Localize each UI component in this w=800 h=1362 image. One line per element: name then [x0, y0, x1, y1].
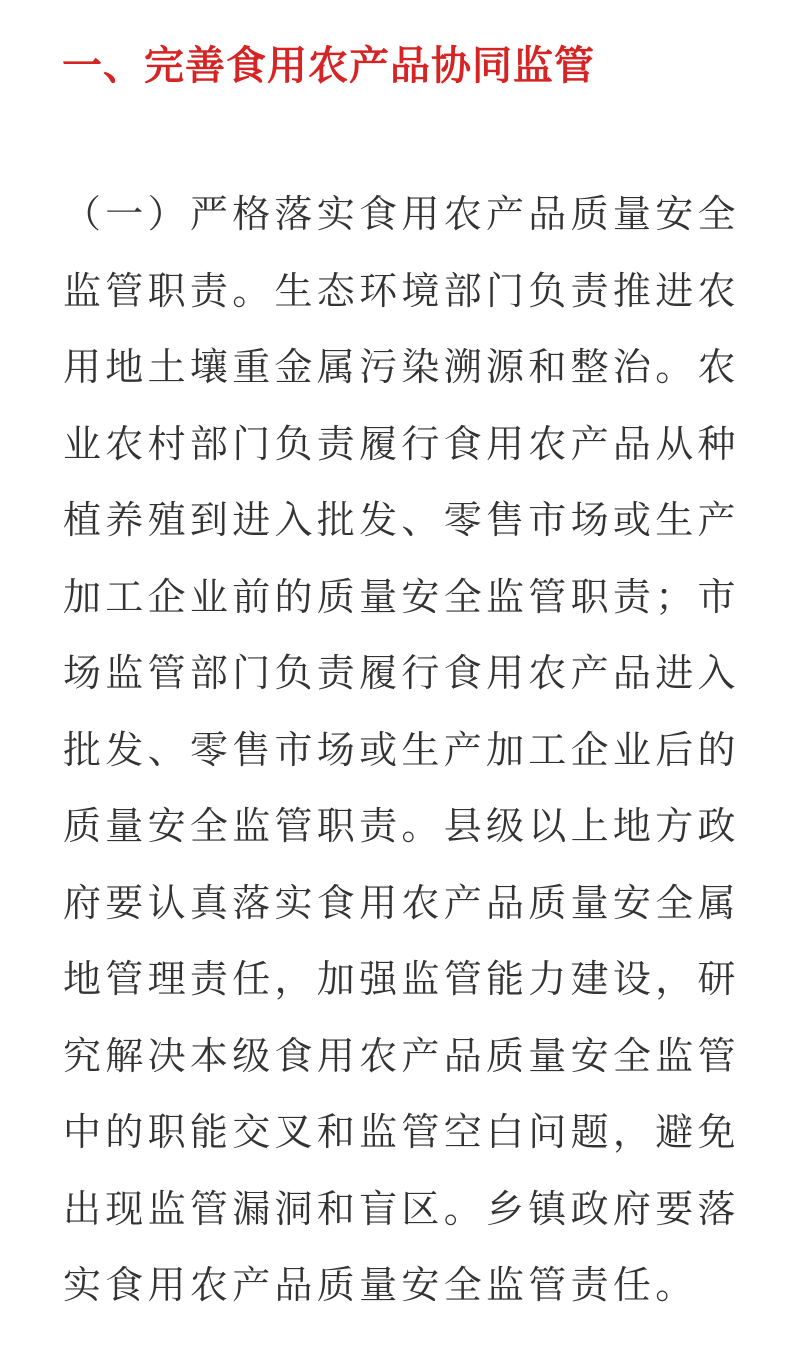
paragraph-line: 加工企业前的质量安全监管职责；市	[63, 559, 753, 636]
paragraph-line: 批发、零售市场或生产加工企业后的	[63, 712, 753, 789]
document-page: 一、完善食用农产品协同监管 （一）严格落实食用农产品质量安全 监管职责。生态环境…	[0, 0, 800, 1362]
paragraph-line: 业农村部门负责履行食用农产品从种	[63, 406, 753, 483]
paragraph-line: 植养殖到进入批发、零售市场或生产	[63, 482, 753, 559]
paragraph-line: 用地土壤重金属污染溯源和整治。农	[63, 329, 753, 406]
paragraph-line: 场监管部门负责履行食用农产品进入	[63, 635, 753, 712]
paragraph-line: 中的职能交叉和监管空白问题，避免	[63, 1094, 753, 1171]
paragraph-line: （一）严格落实食用农产品质量安全	[63, 176, 753, 253]
paragraph-line: 实食用农产品质量安全监管责任。	[63, 1247, 753, 1324]
paragraph-line: 究解决本级食用农产品质量安全监管	[63, 1018, 753, 1095]
paragraph-line: 监管职责。生态环境部门负责推进农	[63, 253, 753, 330]
paragraph-line: 质量安全监管职责。县级以上地方政	[63, 788, 753, 865]
section-paragraph: （一）严格落实食用农产品质量安全 监管职责。生态环境部门负责推进农 用地土壤重金…	[63, 176, 753, 1324]
paragraph-line: 地管理责任，加强监管能力建设，研	[63, 941, 753, 1018]
section-heading: 一、完善食用农产品协同监管	[62, 38, 595, 94]
paragraph-line: 府要认真落实食用农产品质量安全属	[63, 865, 753, 942]
paragraph-line: 出现监管漏洞和盲区。乡镇政府要落	[63, 1171, 753, 1248]
